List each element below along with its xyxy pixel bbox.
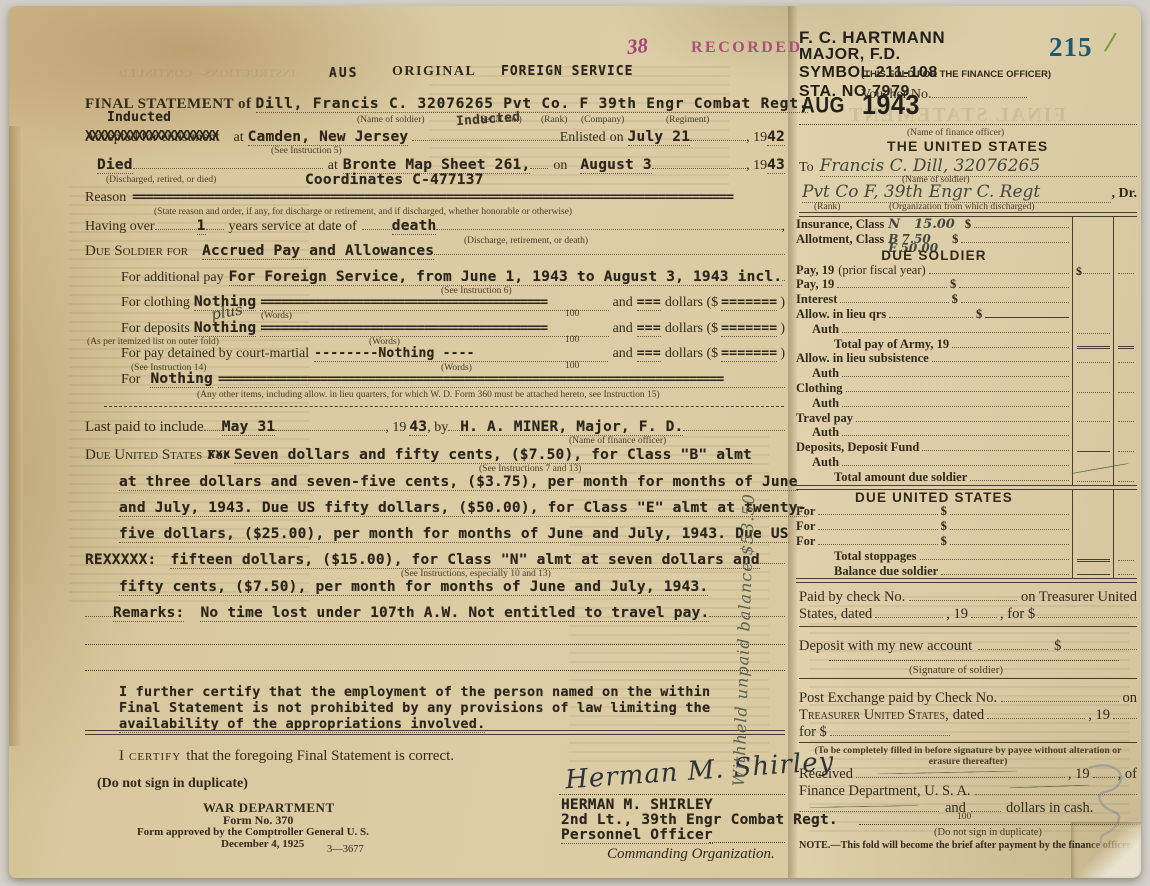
row-label: Total pay of Army, 19 <box>834 337 949 352</box>
close-paren: ) <box>780 295 785 311</box>
total-underline <box>1118 346 1134 349</box>
remarks-label: Remarks: <box>113 605 184 622</box>
cell <box>1113 549 1137 564</box>
blank <box>652 157 746 169</box>
dollar-sign: $ <box>941 534 947 549</box>
blank <box>782 269 785 281</box>
dollar-sign: $ <box>950 277 956 292</box>
dollar-sign: $ <box>941 519 947 534</box>
original-label: ORIGINAL <box>392 64 476 80</box>
aus-label: AUS <box>329 66 358 81</box>
year-19-label-3: , 19 <box>385 420 406 436</box>
amount-blank <box>830 724 950 736</box>
blank <box>952 338 1069 348</box>
signature-typed-name: HERMAN M. SHIRLEY <box>561 797 713 813</box>
blank <box>1064 638 1137 650</box>
icertify-rest: that the foregoing Final Statement is co… <box>186 748 454 765</box>
cell <box>1072 490 1113 505</box>
dollar-sign: $ <box>1054 638 1061 655</box>
signature-of-soldier-label: (Signature of soldier) <box>909 664 1003 676</box>
blank <box>1077 421 1110 422</box>
blank <box>929 264 1069 274</box>
blank <box>760 552 785 564</box>
due-united-states-header: DUE UNITED STATES <box>855 490 1013 505</box>
blank <box>842 456 1069 466</box>
blank <box>970 471 1069 481</box>
and-label: and <box>613 321 633 337</box>
blank <box>959 278 1069 288</box>
due-us-line1: Seven dollars and fifty cents, ($7.50), … <box>234 447 752 464</box>
row-label: Auth <box>812 455 839 470</box>
cell <box>1072 351 1113 366</box>
blank <box>1077 273 1110 274</box>
cell <box>1113 292 1137 307</box>
for-dollar-label: , for $ <box>1000 606 1035 623</box>
cell <box>1072 425 1113 440</box>
soldier-entry: Dill, Francis C. 32076265 Pvt Co. F 39th… <box>256 96 809 113</box>
allotment-label: Allotment, Class <box>796 232 884 247</box>
signature-title-2: Personnel Officer <box>561 827 713 844</box>
last-paid-label: Last paid to include <box>85 419 204 436</box>
cell <box>1113 564 1137 579</box>
cell <box>1072 381 1113 396</box>
blank <box>1118 481 1134 482</box>
blank <box>434 243 785 255</box>
cell <box>1072 366 1113 381</box>
cell <box>1113 366 1137 381</box>
by-label: , by <box>427 420 448 436</box>
cell <box>1072 217 1113 232</box>
cell <box>1113 337 1137 352</box>
received-label: Received <box>799 766 853 783</box>
for-dollar-label: for $ <box>799 724 827 741</box>
blank <box>818 535 937 545</box>
blank <box>961 233 1069 243</box>
amount-dashes: ======= <box>721 295 777 311</box>
cell <box>1072 411 1113 426</box>
company-label: (Company) <box>581 115 624 125</box>
blank <box>1077 362 1110 363</box>
row-label: Pay, 19 <box>796 277 834 292</box>
total-stoppages-label: Total stoppages <box>834 549 917 564</box>
page-number: 215 <box>1049 32 1093 63</box>
blank <box>1118 273 1134 274</box>
cell <box>1072 504 1113 519</box>
cell <box>1113 217 1137 232</box>
blank <box>1118 421 1134 422</box>
reason-note: (State reason and order, if any, for dis… <box>154 207 572 217</box>
finance-department-label: Finance Department, U. S. A. <box>799 783 971 800</box>
separator-rule <box>104 406 784 407</box>
hundred-label: 100 <box>565 361 579 371</box>
cell <box>1113 504 1137 519</box>
insurance-class-entry: N <box>888 217 900 232</box>
cell <box>1113 232 1137 248</box>
total-underline <box>1077 346 1110 349</box>
double-rule <box>796 578 1137 583</box>
due-us-line3: and July, 1943. Due US fifty dollars, ($… <box>119 500 807 517</box>
overstrike-x: xxx <box>207 447 230 462</box>
form-approved-label: Form approved by the Comptroller General… <box>137 826 369 838</box>
cell <box>1113 307 1137 322</box>
dr-label: , Dr. <box>1111 186 1137 202</box>
cell <box>1072 396 1113 411</box>
dated-blank <box>875 606 943 618</box>
row-label: Auth <box>812 366 839 381</box>
row-label: Auth <box>812 396 839 411</box>
blank <box>974 218 1069 228</box>
row-label: Auth <box>812 322 839 337</box>
underline <box>1077 574 1110 575</box>
blank <box>690 129 746 141</box>
blank <box>362 218 392 230</box>
blank <box>842 323 1069 333</box>
cell <box>1072 337 1113 352</box>
due-us-line4: five dollars, ($25.00), per month for mo… <box>119 526 789 543</box>
blank <box>932 352 1069 362</box>
cell <box>1113 381 1137 396</box>
blank <box>1118 392 1134 393</box>
cell <box>1113 519 1137 534</box>
cell <box>1072 292 1113 307</box>
cell <box>1072 549 1113 564</box>
for-label: For <box>121 372 140 388</box>
having-over-label: Having over <box>85 219 155 235</box>
see-instruction-5: (See Instruction 5) <box>271 146 342 156</box>
cell <box>1113 455 1137 470</box>
cell <box>1072 534 1113 549</box>
finance-officer-name-stamp: F. C. HARTMANN <box>799 28 945 48</box>
years-service-label: years service at date of <box>229 219 357 235</box>
cell <box>1072 277 1113 292</box>
certify-para-line2: Final Statement is not prohibited by any… <box>119 700 710 716</box>
date-stamp-year: 1943 <box>862 90 920 122</box>
blank <box>842 397 1069 407</box>
fold-note: (THIS FOLD FOR THE FINANCE OFFICER) <box>861 69 1051 80</box>
death-date-entry: August 3 <box>580 157 651 174</box>
year-blank <box>1113 707 1137 719</box>
tape-edge <box>9 126 23 746</box>
hundred-label: 100 <box>957 812 971 822</box>
blank-line <box>85 644 785 645</box>
coordinates-entry: Coordinates C-477137 <box>305 172 484 188</box>
dated-blank <box>987 707 1085 719</box>
dollar-sign: $ <box>965 217 971 232</box>
blank <box>840 293 948 303</box>
cents-dashes: === <box>637 346 661 362</box>
treasurer-us-label: Treasurer United States, <box>799 707 949 724</box>
to-label: To <box>799 160 814 176</box>
for-label: For <box>796 519 815 534</box>
post-exchange-label: Post Exchange paid by Check No. <box>799 690 997 707</box>
rank-label: (Rank) <box>541 115 567 125</box>
foreign-service-label: FOREIGN SERVICE <box>501 64 633 79</box>
for-label: For <box>796 534 815 549</box>
blank <box>1077 481 1110 482</box>
blank <box>920 550 1069 560</box>
row-label: Interest <box>796 292 837 307</box>
cell <box>1072 440 1113 455</box>
row-label: Clothing <box>796 381 843 396</box>
comma: , <box>782 219 786 235</box>
on-treasurer-label: on Treasurer United <box>1021 589 1137 606</box>
year-19-label-2: , 19 <box>746 158 767 174</box>
cell <box>1113 411 1137 426</box>
cents-blank <box>971 800 1001 812</box>
rule <box>799 626 1137 627</box>
name-of-finance-officer-label: (Name of finance officer) <box>569 436 666 446</box>
reason-entry: ========================================… <box>132 190 785 205</box>
blank <box>941 565 1069 575</box>
cell <box>1113 440 1137 455</box>
finance-officer-entry: H. A. MINER, Major, F. D. <box>460 419 683 436</box>
enlisted-printed: Enlisted <box>560 130 606 146</box>
overstrike-x: XXXXXXXXXXXXXXXXXXXXX <box>85 129 218 144</box>
blank <box>889 308 973 318</box>
additional-pay-label: For additional pay <box>121 270 224 286</box>
paid-by-check-label: Paid by check No. <box>799 589 905 606</box>
blank <box>448 419 460 431</box>
row-label: Travel pay <box>796 411 853 426</box>
years-entry: 1 <box>197 218 206 235</box>
do-not-sign-label: (Do not sign in duplicate) <box>934 827 1042 838</box>
blank <box>818 505 937 515</box>
commanding-organization-label: Commanding Organization. <box>607 846 775 863</box>
blank <box>1077 392 1110 393</box>
torn-corner <box>1071 822 1141 878</box>
cell <box>1072 564 1113 579</box>
print-code: 3—3677 <box>327 844 364 855</box>
blank <box>1118 574 1134 575</box>
dollar-sign: $ <box>976 307 982 322</box>
blank <box>683 419 785 431</box>
cell <box>1072 232 1113 248</box>
for-deposits-label: For deposits <box>121 321 190 337</box>
death-entry: death <box>392 218 437 235</box>
blank <box>978 638 1048 650</box>
finance-officer-rank-stamp: MAJOR, F.D. <box>799 46 901 64</box>
insurance-amount-entry: 15.00 <box>914 217 955 232</box>
balance-due-soldier-label: Balance due soldier <box>834 564 938 579</box>
dollars-label: dollars ($ <box>665 346 718 362</box>
see-instructions-7-13: (See Instructions 7 and 13) <box>479 464 581 474</box>
cell <box>1113 277 1137 292</box>
hundred-label: 100 <box>565 309 579 319</box>
year-blank <box>971 606 997 618</box>
regiment-label: (Regiment) <box>666 115 709 125</box>
hundred-label: 100 <box>565 335 579 345</box>
signature-title-1: 2nd Lt., 39th Engr Combat Regt. <box>561 812 838 828</box>
close-paren: ) <box>780 346 785 362</box>
close-paren: ) <box>780 321 785 337</box>
last-paid-year-entry: 43 <box>409 419 427 436</box>
amount-blank <box>1038 606 1137 618</box>
cell <box>1072 519 1113 534</box>
name-of-soldier-label: (Name of soldier) <box>357 115 425 125</box>
states-dated-label: States, dated <box>799 606 872 623</box>
blank <box>799 124 1137 125</box>
remarks-struck: REXXXXX: <box>85 552 156 568</box>
rule <box>799 742 1137 743</box>
icertify-i: I <box>119 748 124 765</box>
blank <box>1118 362 1134 363</box>
blank <box>412 129 559 141</box>
blank <box>1118 560 1134 561</box>
check-no-blank <box>1001 690 1118 702</box>
rule <box>799 678 1137 679</box>
reason-label: Reason <box>85 190 126 206</box>
place-entry: Camden, New Jersey <box>248 129 409 146</box>
cell: $ <box>1072 263 1113 278</box>
dollar-sign: $ <box>1076 264 1082 279</box>
blank <box>206 218 224 230</box>
enlist-year-entry: 42 <box>767 129 785 146</box>
soldier-name-handwritten: Francis C. Dill, 32076265 <box>820 156 1137 177</box>
dollar-sign: $ <box>941 504 947 519</box>
row-label: Allow. in lieu subsistence <box>796 351 929 366</box>
row-label: Total amount due soldier <box>834 470 967 485</box>
double-rule <box>85 730 785 735</box>
bleedthrough-text: INSTRUCTIONS—CONTINUED <box>119 66 296 81</box>
for-label: For <box>796 504 815 519</box>
and-label: and <box>613 295 633 311</box>
cents-dashes: === <box>637 295 661 311</box>
blank <box>985 308 1069 318</box>
do-not-sign-label: (Do not sign in duplicate) <box>97 776 248 792</box>
blank <box>842 367 1069 377</box>
rank-org-handwritten: Pvt Co F, 39th Engr C. Regt <box>802 182 1111 203</box>
for-entry: Nothing <box>150 371 213 388</box>
clothing-dashes: ========================================… <box>260 295 608 311</box>
cell <box>1072 322 1113 337</box>
row-label: Pay, 19 <box>796 263 834 278</box>
blank <box>846 382 1069 392</box>
due-us-line2: at three dollars and seven-five cents, (… <box>119 474 798 491</box>
blank <box>709 842 785 843</box>
handwritten-number-stamp: 38 <box>626 33 649 60</box>
blank <box>275 419 385 431</box>
name-of-finance-officer-label: (Name of finance officer) <box>907 128 1004 138</box>
recorded-stamp: RECORDED <box>691 39 803 57</box>
blank <box>155 218 197 230</box>
court-martial-entry: --------Nothing ---- <box>314 346 607 362</box>
blank <box>1077 333 1110 334</box>
voucher-no-blank <box>932 86 1027 98</box>
signature-line <box>559 794 785 795</box>
see-instructions-10-13: (See Instructions, especially 10 and 13) <box>401 569 551 579</box>
finance-table: Insurance, ClassN15.00$ Allotment, Class… <box>796 217 1137 583</box>
due-united-states-label: Due United States <box>85 447 202 464</box>
dollar-sign: $ <box>952 232 958 247</box>
cell <box>1113 248 1137 263</box>
insurance-label: Insurance, Class <box>796 217 884 232</box>
blank <box>842 426 1069 436</box>
inducted-overtype: Inducted <box>107 110 171 125</box>
blank <box>950 535 1069 545</box>
additional-pay-entry: For Foreign Service, from June 1, 1943 t… <box>229 269 783 286</box>
court-martial-label: For pay detained by court-martial <box>121 346 309 362</box>
amount-dashes: ======= <box>721 321 777 337</box>
enlist-date-entry: July 21 <box>628 129 691 146</box>
dollar-sign: $ <box>952 292 958 307</box>
row-mid: (prior fiscal year) <box>838 263 925 278</box>
death-year-entry: 43 <box>767 157 785 174</box>
blank <box>922 441 1069 451</box>
cell <box>1072 248 1113 263</box>
inducted-overtype-2: Inducted <box>456 110 521 129</box>
blank <box>950 520 1069 530</box>
cell <box>1113 322 1137 337</box>
deposit-account-label: Deposit with my new account <box>799 638 972 655</box>
underline <box>1077 451 1110 452</box>
cents-dashes: === <box>637 321 661 337</box>
blank <box>1118 451 1134 452</box>
blank <box>818 520 937 530</box>
on-label-2: on <box>553 158 567 174</box>
blank <box>133 157 323 169</box>
and-label: and <box>613 346 633 362</box>
for-dashes: ========================================… <box>218 372 785 388</box>
icertify-word: certify <box>129 748 181 765</box>
blank <box>961 293 1069 303</box>
died-entry: Died <box>97 157 133 174</box>
year-19-label: , 19 <box>946 606 968 623</box>
total-underline <box>1077 559 1110 562</box>
rank-label: (Rank) <box>814 202 840 212</box>
cell <box>1113 263 1137 278</box>
check-no-blank <box>909 589 1017 601</box>
due-soldier-entry: Accrued Pay and Allowances <box>202 243 434 260</box>
cell <box>1113 351 1137 366</box>
row-label: Allow. in lieu qrs <box>796 307 886 322</box>
certify-para-line1: I further certify that the employment of… <box>119 684 710 700</box>
cell <box>1113 396 1137 411</box>
remarks-entry: No time lost under 107th A.W. Not entitl… <box>200 605 709 622</box>
last-paid-date-entry: May 31 <box>222 419 276 436</box>
scanned-form-paper: FINAL STATEMENT INSTRUCTIONS—CONTINUED 3… <box>9 6 1141 878</box>
cell <box>1072 307 1113 322</box>
dollars-label: dollars ($ <box>665 321 718 337</box>
due-soldier-header: DUE SOLDIER <box>881 248 986 263</box>
blank <box>436 218 781 230</box>
cell <box>1113 425 1137 440</box>
year-19-label: , 19 <box>746 130 767 146</box>
blank <box>85 605 113 617</box>
dated-label: dated <box>953 707 984 724</box>
on-label: on <box>1123 690 1138 707</box>
deposits-entry: Nothing <box>194 320 257 337</box>
the-united-states-header: THE UNITED STATES <box>887 138 1048 154</box>
blank <box>950 505 1069 515</box>
dollars-label: dollars ($ <box>665 295 718 311</box>
blank <box>530 157 548 169</box>
cell <box>1113 534 1137 549</box>
blank <box>204 419 222 431</box>
other-items-note: (Any other items, including allow. in li… <box>197 390 660 400</box>
year-19-label: , 19 <box>1088 707 1110 724</box>
deposits-dashes: ========================================… <box>260 321 608 337</box>
row-label: Deposits, Deposit Fund <box>796 440 919 455</box>
org-discharged-label: (Organization from which discharged) <box>889 202 1035 212</box>
soldier-signature-line <box>829 660 1119 661</box>
at-label: at <box>234 130 244 146</box>
cell <box>1113 490 1137 505</box>
due-us-line5: fifteen dollars, ($15.00), for Class "N"… <box>170 552 759 569</box>
due-us-line6: fifty cents, ($7.50), per month for mont… <box>119 579 708 596</box>
discharged-retired-died-label: (Discharged, retired, or died) <box>106 175 216 185</box>
blank <box>856 412 1069 422</box>
row-label: Auth <box>812 425 839 440</box>
